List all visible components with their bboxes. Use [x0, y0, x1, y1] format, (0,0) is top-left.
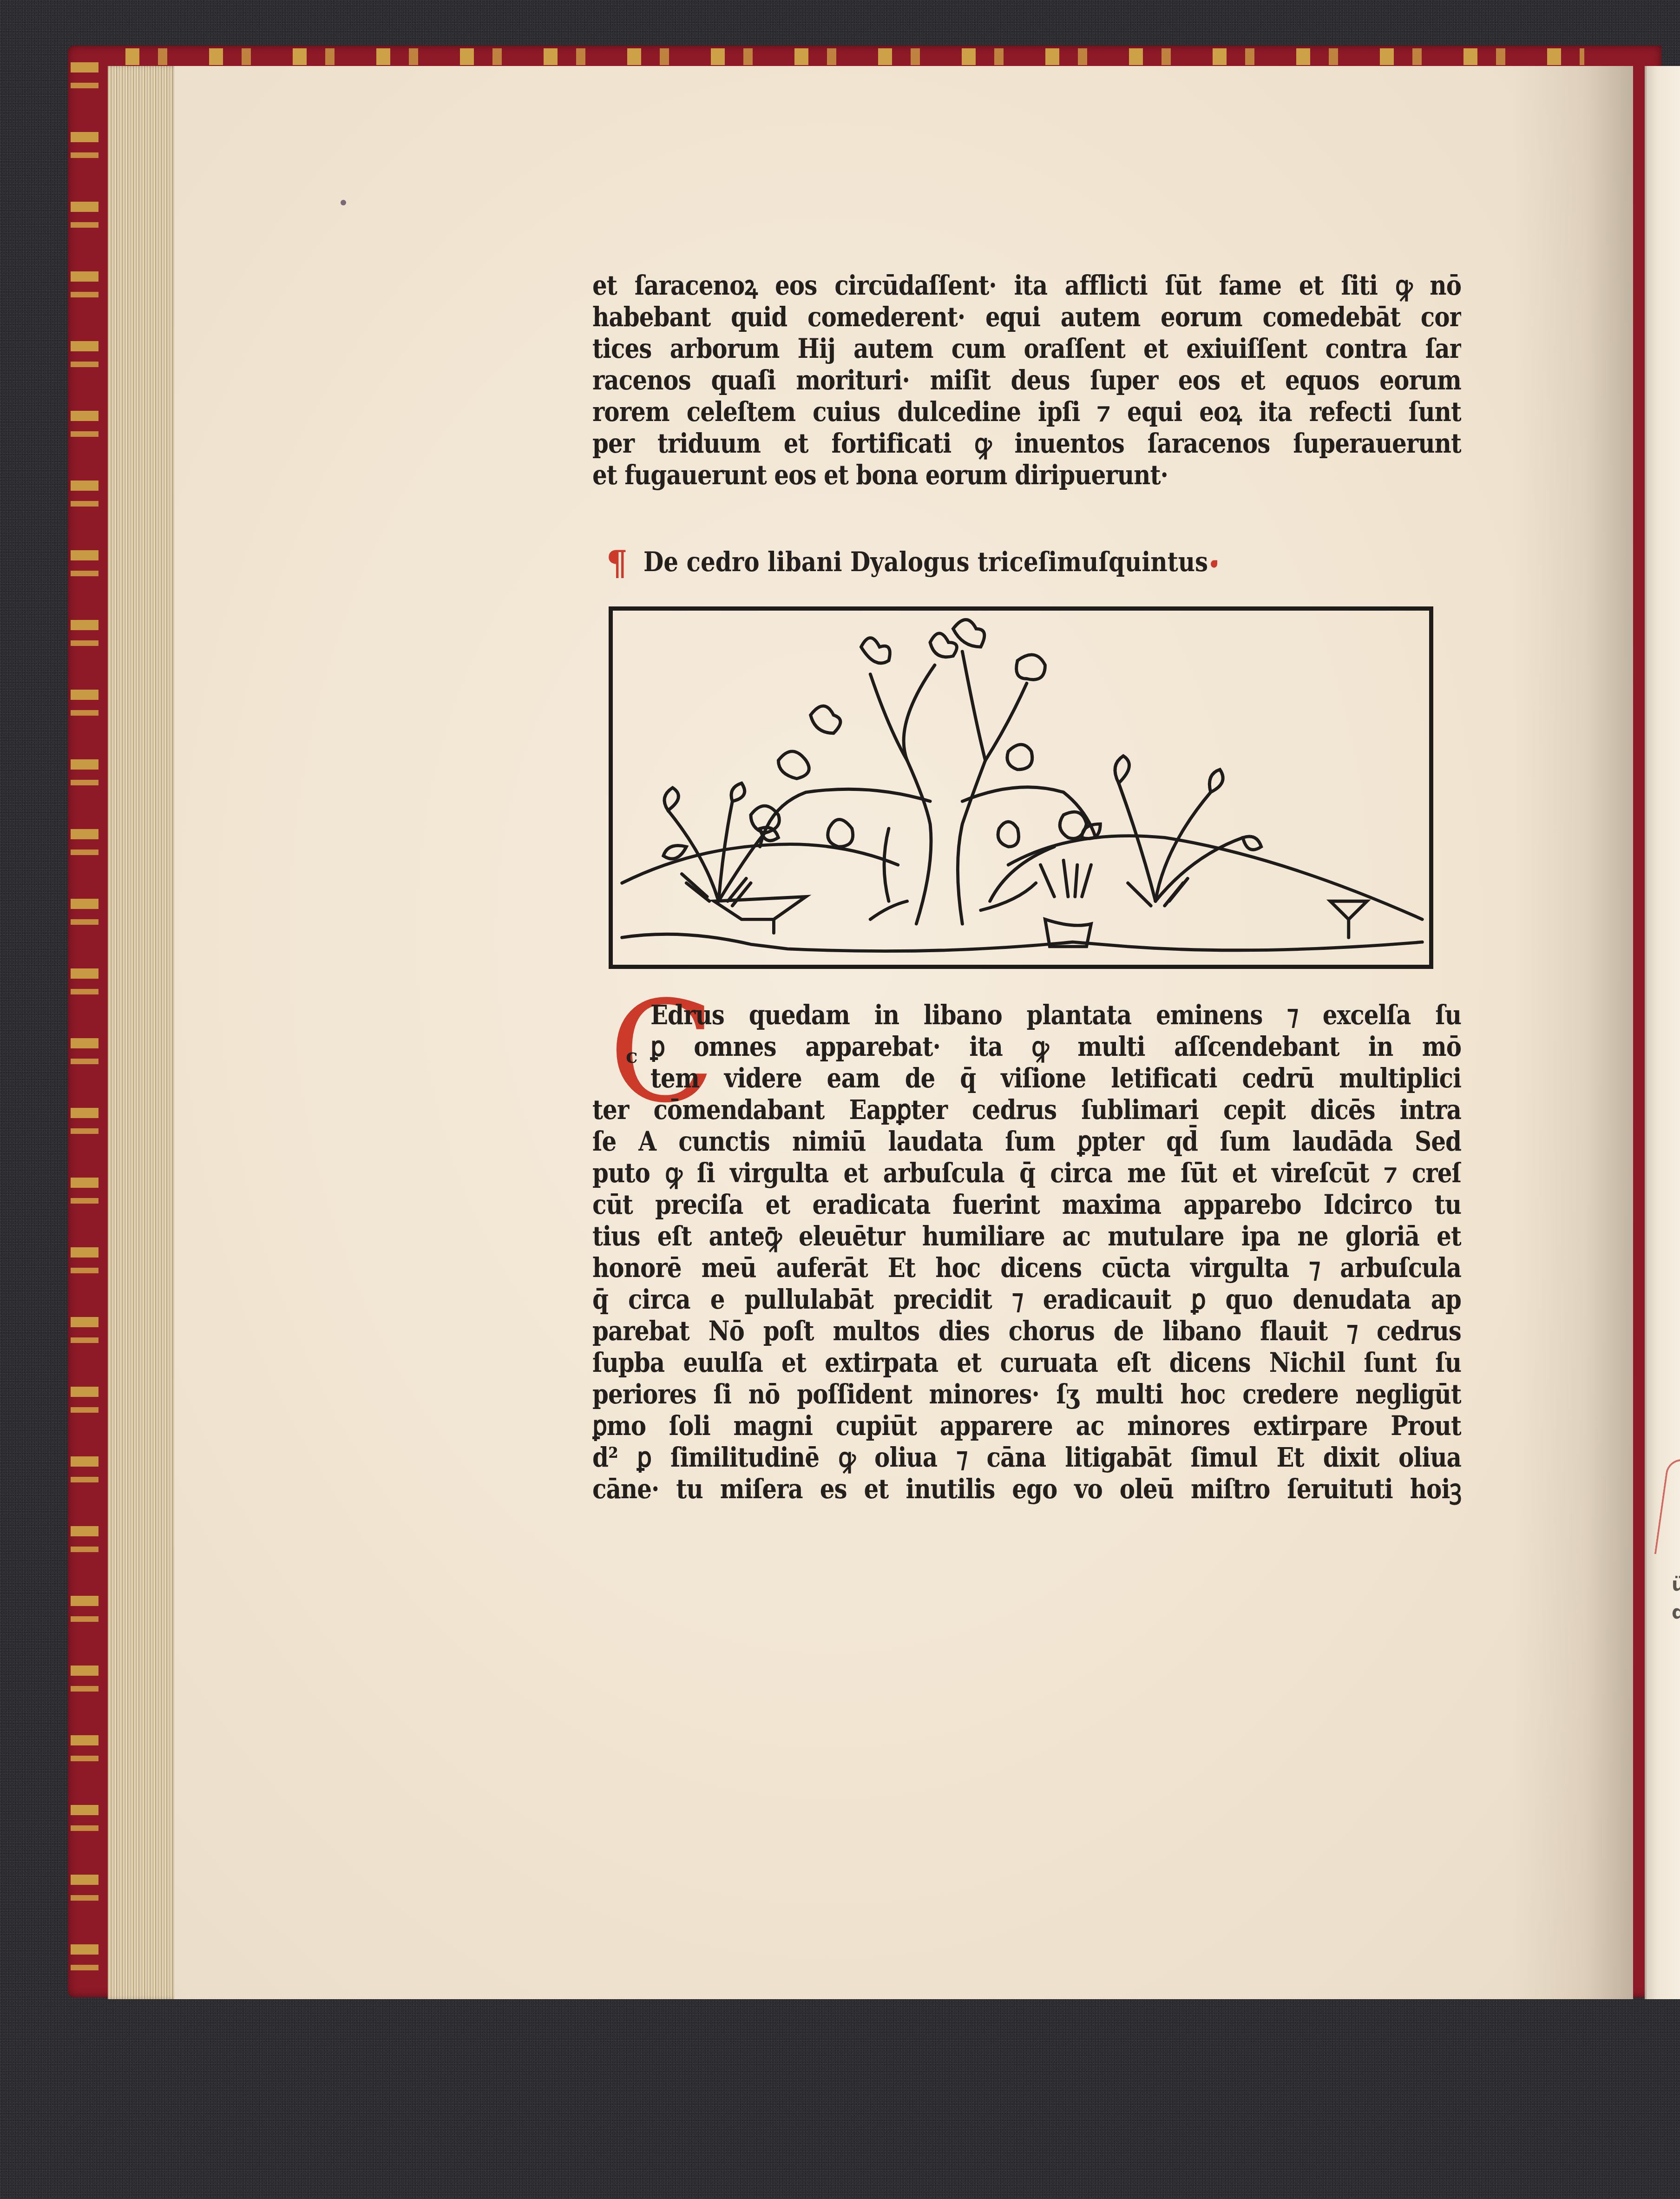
- cedar-tree-icon: [613, 611, 1429, 965]
- text-line: ſupba euulſa et extirpata et curuata eſt…: [592, 1344, 1461, 1381]
- page-fore-edge-stack: [108, 66, 177, 1999]
- text-line: parebat Nō poſt multos dies chorus de li…: [592, 1313, 1461, 1349]
- text-line: tices arborum Hij autem cum oraſſent et …: [592, 330, 1461, 367]
- text-block-top: et ſaracenoꝝ eos circūdaſſent· ita affli…: [592, 270, 1461, 491]
- text-line: et fugauerunt eos et bona eorum diripuer…: [592, 457, 1461, 493]
- text-line: tem videre eam de q̄ viſione letificati …: [592, 1060, 1461, 1096]
- ink-spot: [341, 200, 346, 205]
- text-line: cāne· tu miſera es et inutilis ego vo ol…: [592, 1471, 1461, 1507]
- gilt-tooling-top: [107, 48, 1584, 65]
- text-line: per triduum et fortificati ꝙ inuentos ſa…: [592, 425, 1461, 461]
- gilt-tooling-left: [71, 48, 109, 1995]
- chapter-heading: ¶ De cedro libani Dyalogus triceſimuſqui…: [606, 546, 1350, 578]
- text-block-bottom: Edrus quedam in libano plantata eminens …: [592, 999, 1461, 1505]
- opposite-page-fragment: ü d: [1672, 1571, 1680, 1626]
- rubric-pilcrow-icon: ¶: [606, 543, 628, 583]
- opposite-page-edge: [1645, 66, 1680, 1999]
- text-line: habebant quid comederent· equi autem eor…: [592, 299, 1461, 335]
- text-line: racenos quaſi morituri· miſit deus ſuper…: [592, 362, 1461, 398]
- rubric-dot-icon: [1211, 560, 1217, 568]
- text-line: Edrus quedam in libano plantata eminens …: [592, 997, 1461, 1033]
- woodcut-illustration: [609, 606, 1433, 969]
- text-line: puto ꝙ ſi virgulta et arbuſcula q̄ circa…: [592, 1155, 1461, 1191]
- text-line: ꝑ omnes apparebat· ita ꝙ multi aſſcendeb…: [592, 1028, 1461, 1065]
- chapter-heading-text: De cedro libani Dyalogus triceſimuſquint…: [643, 544, 1217, 580]
- text-line: periores ſi nō poſſident minores· ſʒ mul…: [592, 1376, 1461, 1412]
- text-line: d² ꝑ ſimilitudinē ꝙ oliua ⁊ cāna litigab…: [592, 1439, 1461, 1475]
- text-line: rorem celeſtem cuius dulcedine ipſi ⁊ eq…: [592, 394, 1461, 430]
- text-line: et ſaracenoꝝ eos circūdaſſent· ita affli…: [592, 267, 1461, 303]
- text-line: ter cōmendabant Eapꝑter cedrus ſublimari…: [592, 1092, 1461, 1128]
- text-line: cūt preciſa et eradicata fuerint maxima …: [592, 1186, 1461, 1223]
- text-line: q̄ circa e pullulabāt precidit ⁊ eradica…: [592, 1281, 1461, 1317]
- text-line: ſe A cunctis nimiū laudata ſum ꝑpter qd̄…: [592, 1123, 1461, 1159]
- text-line: honorē meū auferāt Et hoc dicens cūcta v…: [592, 1250, 1461, 1286]
- gutter-shadow: [1512, 66, 1633, 1999]
- text-line: tius eſt anteꝙ̄ eleuētur humiliare ac mu…: [592, 1218, 1461, 1254]
- text-line: ꝑmo ſoli magni cupiūt apparere ac minore…: [592, 1408, 1461, 1444]
